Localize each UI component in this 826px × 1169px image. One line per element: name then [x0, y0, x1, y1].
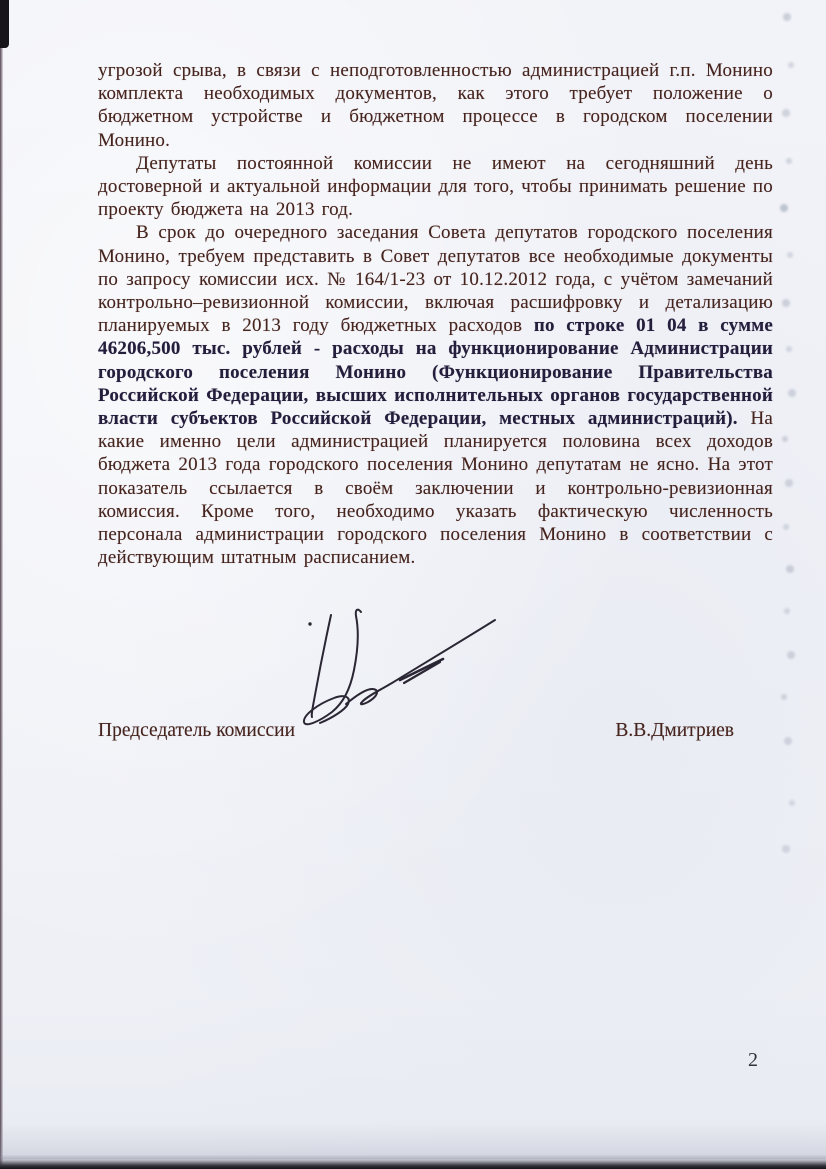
scanned-page: угрозой срыва, в связи с неподготовленно… [0, 0, 826, 1169]
page-number: 2 [748, 1049, 758, 1072]
paragraph-continuation: угрозой срыва, в связи с неподготовленно… [98, 59, 773, 152]
document-body: угрозой срыва, в связи с неподготовленно… [98, 59, 773, 569]
signatory-name: В.В.Дмитриев [615, 720, 734, 742]
paragraph-demand: В срок до очередного заседания Совета де… [98, 221, 773, 569]
paragraph-demand-tail: На какие именно цели администрацией план… [98, 408, 773, 568]
signatory-role: Председатель комиссии [98, 720, 295, 742]
scan-specks-right-margin [0, 0, 6, 6]
scan-shadow-bottom [0, 1123, 826, 1159]
scan-corner-top-left [0, 0, 9, 48]
scan-edge-left [0, 0, 3, 1169]
paragraph-deputies: Депутаты постоянной комиссии не имеют на… [98, 152, 773, 222]
scan-edge-bottom [0, 1155, 826, 1169]
signature-row: Председатель комиссии В.В.Дмитриев [98, 720, 734, 742]
